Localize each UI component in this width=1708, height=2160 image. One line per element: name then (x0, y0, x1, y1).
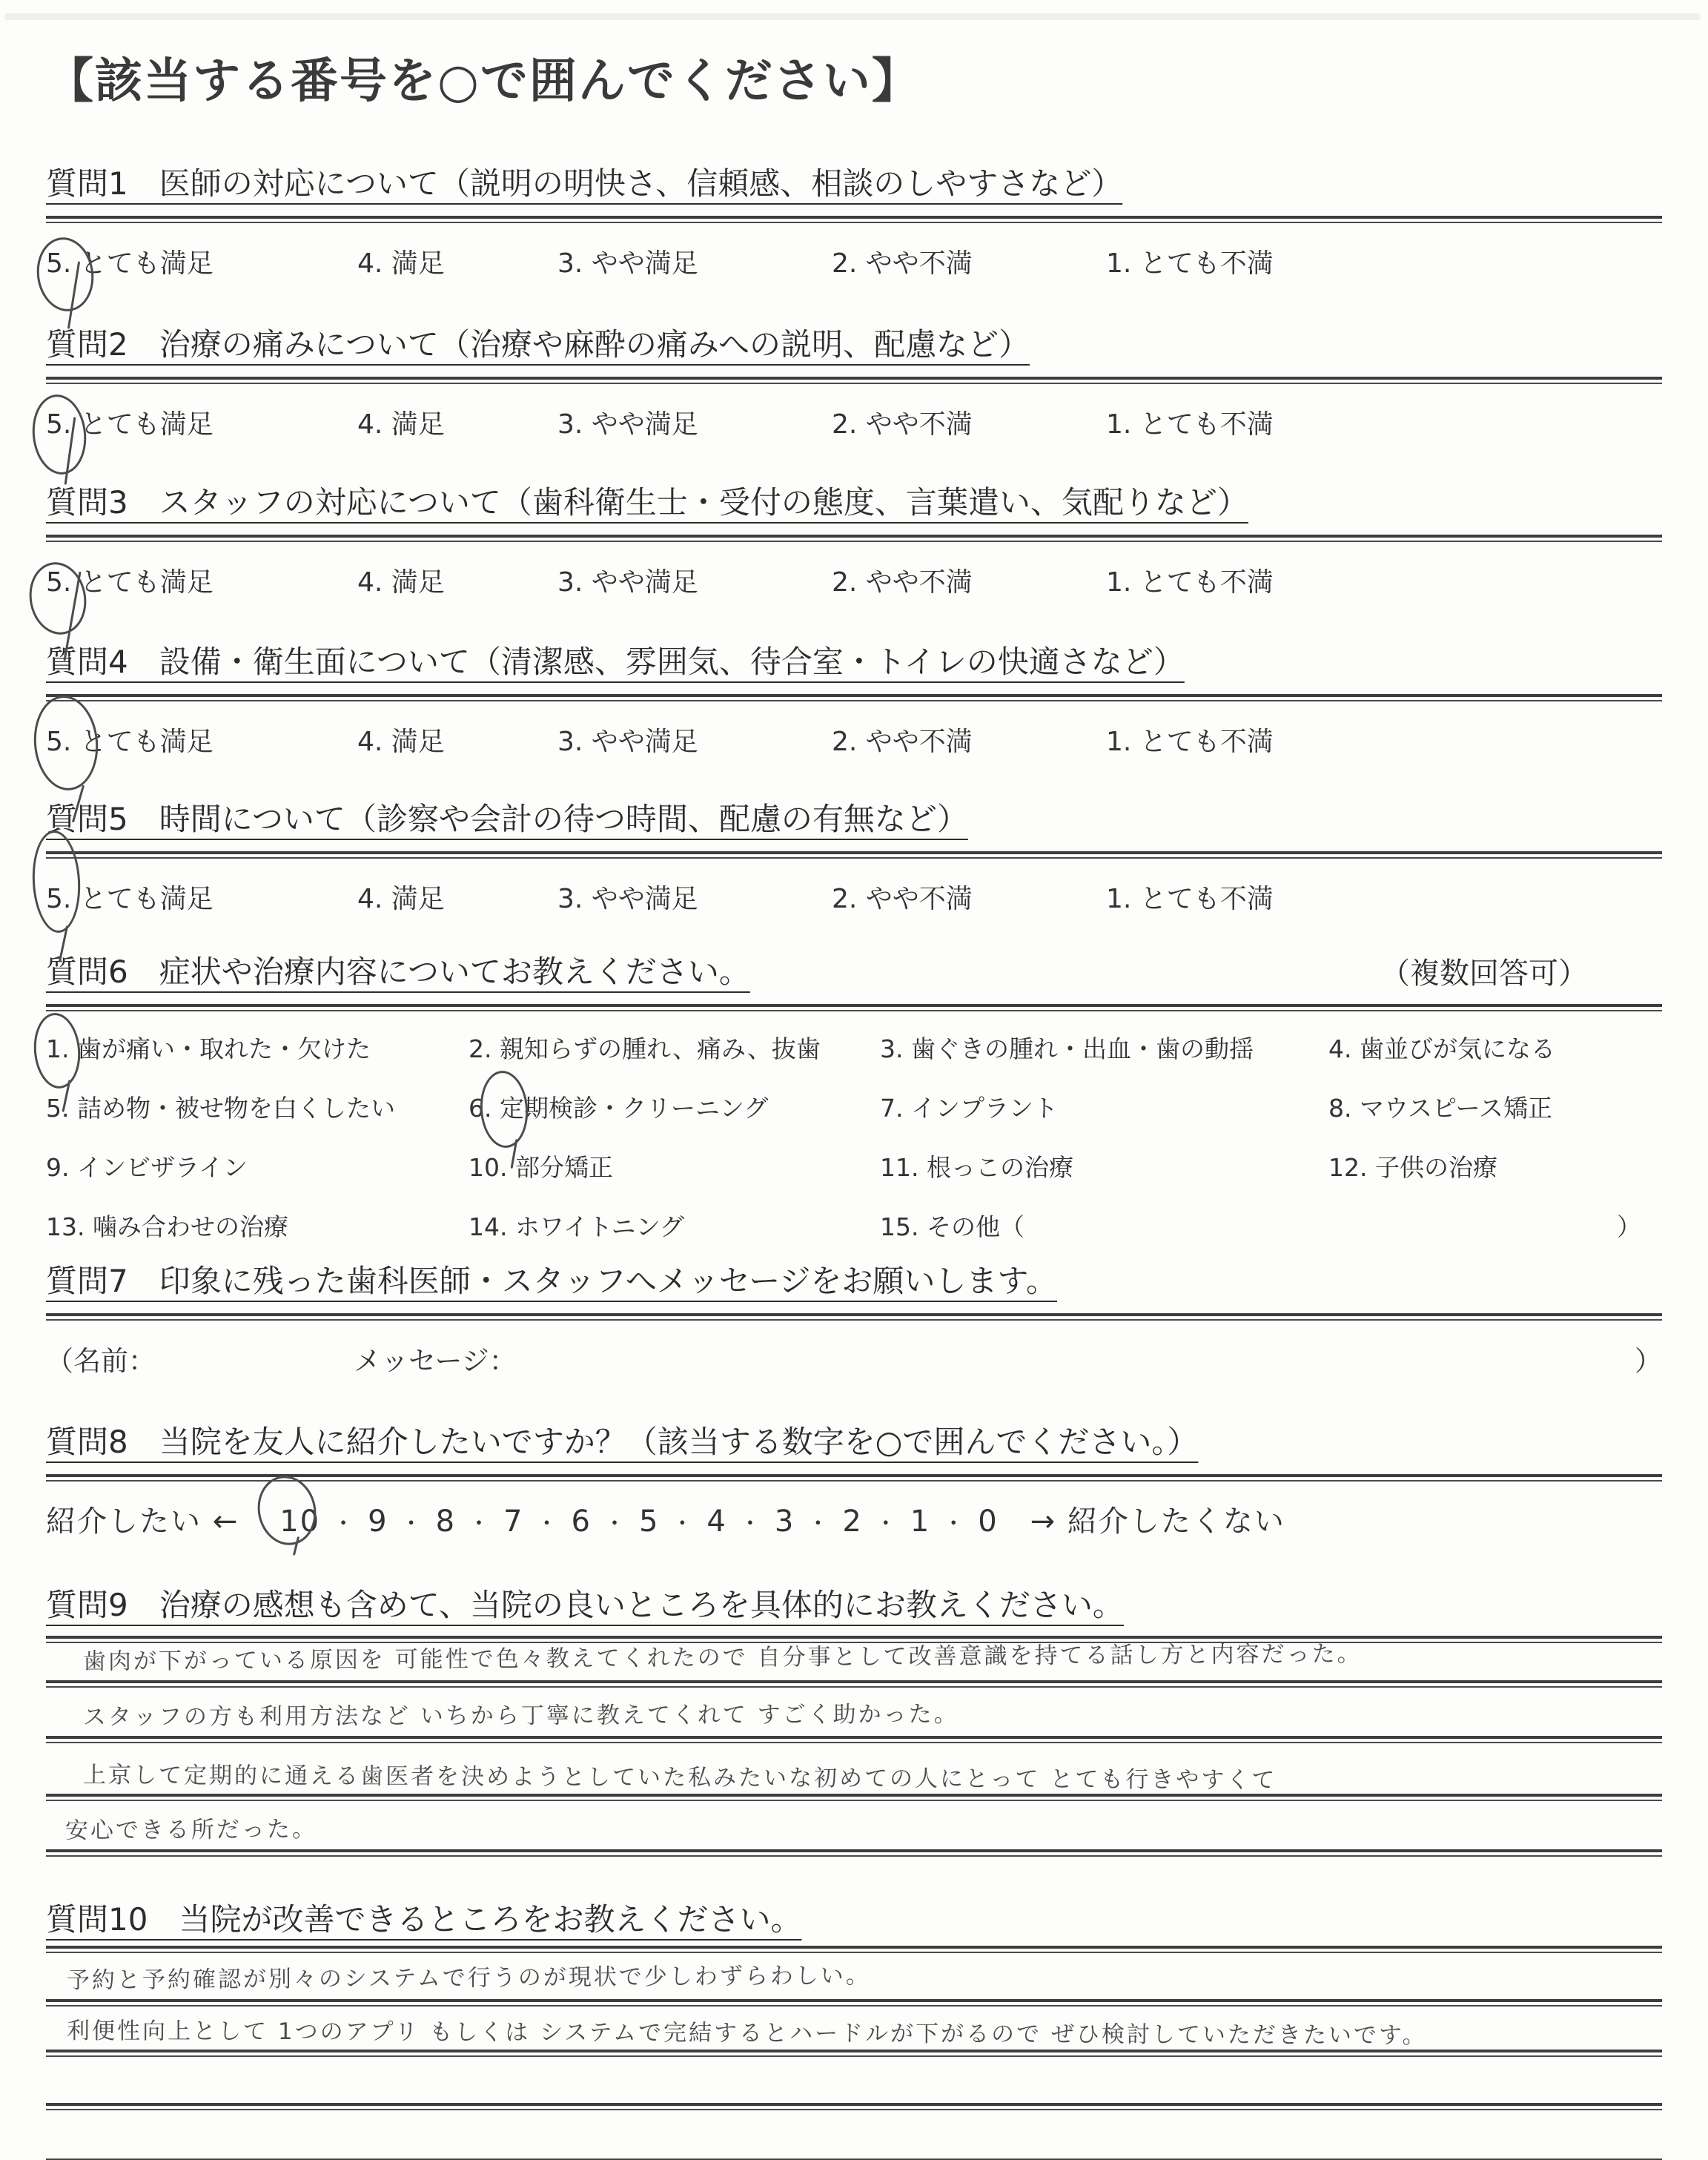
q6-item-15-other: 15. その他（ (880, 1210, 1328, 1244)
question-1-options: 5. とても満足 4. 満足 3. やや満足 2. やや不満 1. とても不満 (46, 242, 1662, 280)
q2-option-5: 5. とても満足 (46, 403, 357, 441)
q9-answer-line-3: 上京して定期的に通える歯医者を決めようとしていた私みたいな初めての人にとって と… (46, 1743, 1662, 1794)
answer-rule (46, 2050, 1662, 2057)
q9-answer-line-2: スタッフの方も利用方法など いちから丁寧に教えてくれて すごく助かった。 (46, 1688, 1662, 1736)
answer-rule (46, 1999, 1662, 2007)
q10-answer-line-3-empty (46, 2057, 1662, 2103)
question-9-section: 質問9 治療の感想も含めて、当院の良いところを具体的にお教えください。 歯肉が下… (46, 1581, 1662, 1857)
divider (46, 1946, 1662, 1953)
q8-number-1: 1 (910, 1505, 930, 1539)
divider (46, 694, 1662, 701)
q8-dot: ・ (468, 1505, 491, 1538)
q3-option-1: 1. とても不満 (1106, 561, 1274, 599)
q1-option-3: 3. やや満足 (557, 242, 832, 280)
q1-option-2: 2. やや不満 (832, 242, 1106, 280)
q2-option-3: 3. やや満足 (557, 403, 832, 441)
q6-item-12: 12. 子供の治療 (1328, 1151, 1662, 1185)
divider (46, 1313, 1662, 1321)
q8-label-want-to-refer: 紹介したい ← (46, 1498, 239, 1540)
question-6-section: 質問6 症状や治療内容についてお教えください。 （複数回答可） 1. 歯が痛い・… (46, 948, 1662, 1244)
question-10-section: 質問10 当院が改善できるところをお教えください。 予約と予約確認が別々のシステ… (46, 1895, 1662, 2160)
question-1-title: 質問1 医師の対応について（説明の明快さ、信頼感、相談のしやすさなど） (46, 159, 1122, 204)
q5-option-3: 3. やや満足 (557, 878, 832, 916)
q1-option-1: 1. とても不満 (1106, 242, 1274, 280)
q6-item-4: 4. 歯並びが気になる (1328, 1032, 1662, 1066)
q6-item-2: 2. 親知らずの腫れ、痛み、抜歯 (469, 1032, 880, 1066)
q7-close-paren: ） (1635, 1338, 1662, 1378)
q8-dot: ・ (400, 1505, 424, 1538)
q3-option-2: 2. やや不満 (832, 561, 1106, 599)
question-8-title: 質問8 当院を友人に紹介したいですか？（該当する数字を○で囲んでください。） (46, 1418, 1198, 1462)
q8-number-0: 0 (978, 1505, 998, 1539)
scan-artifact-band (4, 13, 1701, 20)
q3-option-5: 5. とても満足 (46, 561, 357, 599)
answer-rule (46, 1794, 1662, 1801)
question-1-section: 質問1 医師の対応について（説明の明快さ、信頼感、相談のしやすさなど） 5. と… (46, 159, 1662, 280)
question-9-title: 質問9 治療の感想も含めて、当院の良いところを具体的にお教えください。 (46, 1581, 1124, 1625)
question-7-section: 質問7 印象に残った歯科医師・スタッフへメッセージをお願いします。 （名前： メ… (46, 1257, 1662, 1378)
handwritten-text: 安心できる所だった。 (65, 1810, 317, 1845)
q8-label-dont-want-to-refer: → 紹介したくない (1030, 1498, 1285, 1540)
handwritten-text: スタッフの方も利用方法など いちから丁寧に教えてくれて すごく助かった。 (83, 1695, 959, 1731)
q8-number-7: 7 (503, 1505, 523, 1539)
question-4-section: 質問4 設備・衛生面について（清潔感、雰囲気、待合室・トイレの快適さなど） 5.… (46, 638, 1662, 759)
q6-item-14: 14. ホワイトニング (469, 1210, 880, 1244)
q10-answer-line-1: 予約と予約確認が別々のシステムで行うのが現状で少しわずらわしい。 (46, 1953, 1662, 1999)
q8-number-8: 8 (436, 1505, 456, 1539)
q8-dot: ・ (942, 1505, 966, 1538)
question-3-section: 質問3 スタッフの対応について（歯科衛生士・受付の態度、言葉遣い、気配りなど） … (46, 478, 1662, 599)
q4-option-3: 3. やや満足 (557, 721, 832, 759)
q2-option-4: 4. 満足 (357, 403, 557, 441)
handwritten-text: 上京して定期的に通える歯医者を決めようとしていた私みたいな初めての人にとって と… (83, 1756, 1277, 1794)
q2-option-1: 1. とても不満 (1106, 403, 1274, 441)
q8-number-4: 4 (706, 1505, 726, 1539)
q6-other-close-paren: ） (1328, 1210, 1662, 1244)
q4-option-1: 1. とても不満 (1106, 721, 1274, 759)
scanned-survey-form: 【該当する番号を○で囲んでください】 質問1 医師の対応について（説明の明快さ、… (0, 0, 1708, 2160)
form-title-section: 【該当する番号を○で囲んでください】 (46, 43, 1662, 111)
question-6-multi-answer-note: （複数回答可） (1380, 950, 1588, 992)
q8-dot: ・ (671, 1505, 695, 1538)
q6-item-3: 3. 歯ぐきの腫れ・出血・歯の動揺 (880, 1032, 1328, 1066)
q6-item-11: 11. 根っこの治療 (880, 1151, 1328, 1185)
q6-item-6: 6. 定期検診・クリーニング (469, 1091, 880, 1126)
q7-name-label: （名前： (46, 1338, 354, 1378)
divider (46, 851, 1662, 859)
handwritten-text: 利便性向上として 1つのアプリ もしくは システムで完結するとハードルが下がるの… (67, 2012, 1427, 2050)
q1-option-4: 4. 満足 (357, 242, 557, 280)
q3-option-3: 3. やや満足 (557, 561, 832, 599)
divider (46, 1004, 1662, 1011)
q4-option-2: 2. やや不満 (832, 721, 1106, 759)
q5-option-1: 1. とても不満 (1106, 878, 1274, 916)
question-6-options: 1. 歯が痛い・取れた・欠けた 2. 親知らずの腫れ、痛み、抜歯 3. 歯ぐきの… (46, 1032, 1662, 1244)
question-5-title: 質問5 時間について（診察や会計の待つ時間、配慮の有無など） (46, 795, 968, 839)
question-3-title: 質問3 スタッフの対応について（歯科衛生士・受付の態度、言葉遣い、気配りなど） (46, 478, 1248, 523)
q8-dot: ・ (603, 1505, 627, 1538)
divider (46, 216, 1662, 223)
divider (46, 535, 1662, 542)
q6-item-5: 5. 詰め物・被せ物を白くしたい (46, 1091, 469, 1126)
handwritten-text: 歯肉が下がっている原因を 可能性で色々教えてくれたので 自分事として改善意識を持… (83, 1634, 1363, 1676)
q5-option-4: 4. 満足 (357, 878, 557, 916)
q3-option-4: 4. 満足 (357, 561, 557, 599)
answer-rule (46, 1849, 1662, 1857)
question-2-section: 質問2 治療の痛みについて（治療や麻酔の痛みへの説明、配慮など） 5. とても満… (46, 320, 1662, 441)
q8-dot: ・ (739, 1505, 763, 1538)
question-10-title: 質問10 当院が改善できるところをお教えください。 (46, 1895, 801, 1940)
q8-dot: ・ (807, 1505, 830, 1538)
q8-number-3: 3 (775, 1505, 795, 1539)
form-title: 【該当する番号を○で囲んでください】 (46, 43, 1662, 111)
q8-dot: ・ (875, 1505, 898, 1538)
q6-item-7: 7. インプラント (880, 1091, 1328, 1126)
q4-option-4: 4. 満足 (357, 721, 557, 759)
question-6-title: 質問6 症状や治療内容についてお教えください。 (46, 948, 750, 992)
q8-dot: ・ (536, 1505, 560, 1538)
question-4-options: 5. とても満足 4. 満足 3. やや満足 2. やや不満 1. とても不満 (46, 721, 1662, 759)
handwritten-text: 予約と予約確認が別々のシステムで行うのが現状で少しわずらわしい。 (67, 1956, 871, 1995)
answer-rule (46, 1680, 1662, 1688)
answer-rule (46, 1736, 1662, 1743)
q6-item-10: 10. 部分矯正 (469, 1151, 880, 1185)
q6-item-8: 8. マウスピース矯正 (1328, 1091, 1662, 1126)
question-5-options: 5. とても満足 4. 満足 3. やや満足 2. やや不満 1. とても不満 (46, 878, 1662, 916)
question-7-answer-row: （名前： メッセージ： ） (46, 1338, 1662, 1378)
q2-option-2: 2. やや不満 (832, 403, 1106, 441)
q8-dot: ・ (332, 1505, 356, 1538)
question-2-options: 5. とても満足 4. 満足 3. やや満足 2. やや不満 1. とても不満 (46, 403, 1662, 441)
question-7-title: 質問7 印象に残った歯科医師・スタッフへメッセージをお願いします。 (46, 1257, 1057, 1301)
q5-option-5: 5. とても満足 (46, 878, 357, 916)
divider (46, 377, 1662, 384)
question-4-title: 質問4 設備・衛生面について（清潔感、雰囲気、待合室・トイレの快適さなど） (46, 638, 1185, 682)
q6-item-1: 1. 歯が痛い・取れた・欠けた (46, 1032, 469, 1066)
question-5-section: 質問5 時間について（診察や会計の待つ時間、配慮の有無など） 5. とても満足 … (46, 795, 1662, 916)
q8-number-2: 2 (842, 1505, 862, 1539)
q8-number-5: 5 (639, 1505, 659, 1539)
q9-answer-line-1: 歯肉が下がっている原因を 可能性で色々教えてくれたので 自分事として改善意識を持… (46, 1643, 1662, 1680)
q7-message-label: メッセージ： (354, 1338, 1635, 1378)
q8-number-6: 6 (572, 1505, 592, 1539)
q8-number-9: 9 (368, 1505, 388, 1539)
q9-answer-line-4: 安心できる所だった。 (46, 1801, 1662, 1849)
q6-item-13: 13. 噛み合わせの治療 (46, 1210, 469, 1244)
question-2-title: 質問2 治療の痛みについて（治療や麻酔の痛みへの説明、配慮など） (46, 320, 1030, 365)
question-3-options: 5. とても満足 4. 満足 3. やや満足 2. やや不満 1. とても不満 (46, 561, 1662, 599)
q10-answer-line-4-empty (46, 2110, 1662, 2159)
q5-option-2: 2. やや不満 (832, 878, 1106, 916)
answer-rule (46, 2103, 1662, 2110)
q10-answer-line-2: 利便性向上として 1つのアプリ もしくは システムで完結するとハードルが下がるの… (46, 2007, 1662, 2050)
q6-item-9: 9. インビザライン (46, 1151, 469, 1185)
